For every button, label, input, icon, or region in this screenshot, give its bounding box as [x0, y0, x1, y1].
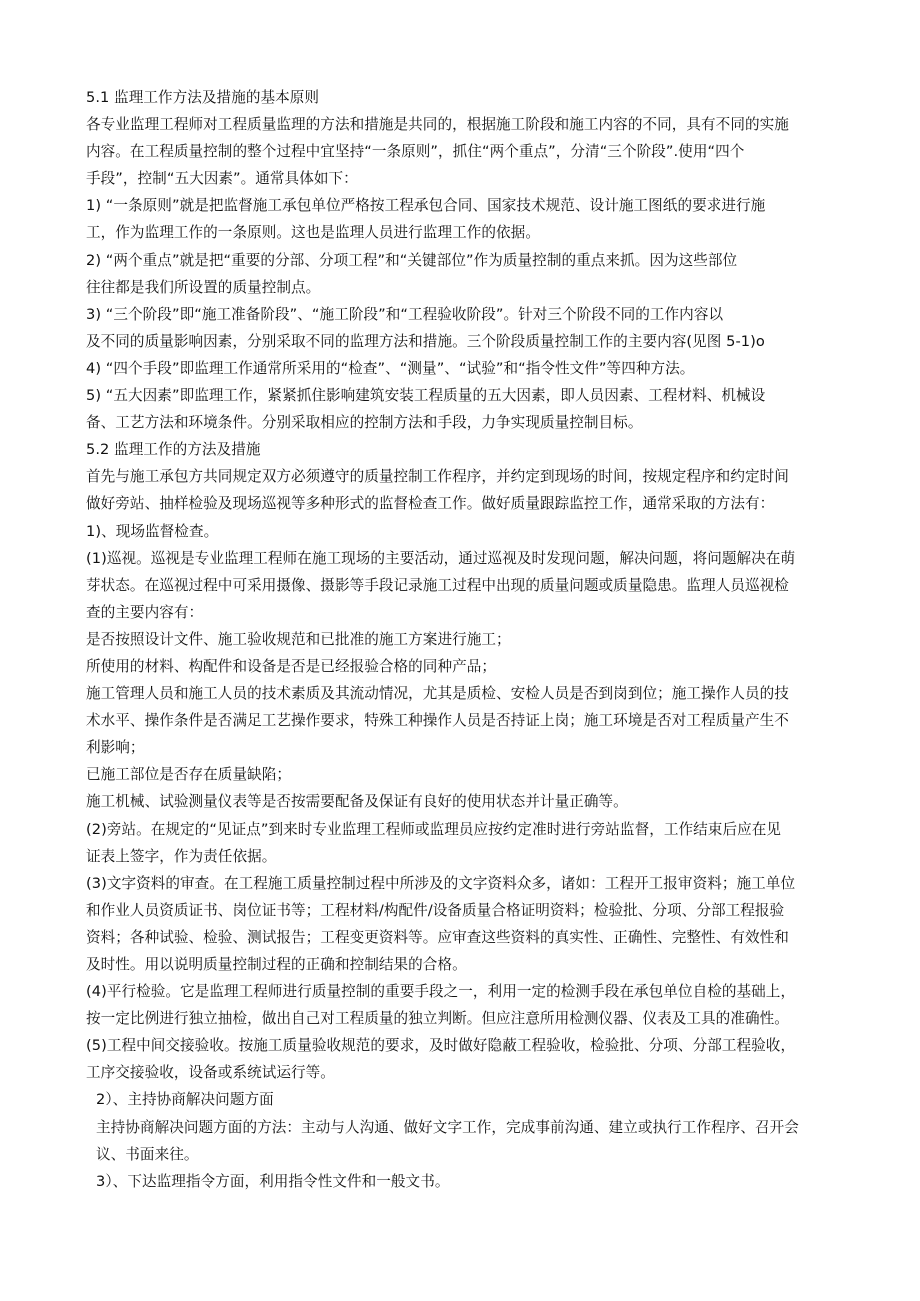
document-page: 5.1 监理工作方法及措施的基本原则 各专业监理工程师对工程质量监理的方法和措施… [86, 84, 838, 1195]
text-line: 芽状态。在巡视过程中可采用摄像、摄影等手段记录施工过程中出现的质量问题或质量隐患… [86, 572, 838, 599]
principle-item-2: 2) “两个重点”就是把“重要的分部、分项工程”和“关键部位”作为质量控制的重点… [86, 247, 838, 301]
subsection-title-site-inspection: 1)、现场监督检查。 [86, 518, 838, 545]
text-line: (4)平行检验。它是监理工程师进行质量控制的重要手段之一，利用一定的检测手段在承… [86, 978, 838, 1005]
text-line: 所使用的材料、构配件和设备是否是已经报验合格的同种产品； [86, 653, 838, 680]
text-line: 主持协商解决问题方面的方法：主动与人沟通、做好文字工作，完成事前沟通、建立或执行… [96, 1114, 838, 1141]
subsection-title-coordination: 2）、主持协商解决问题方面 [86, 1086, 838, 1113]
section-heading-5-2: 5.2 监理工作的方法及措施 [86, 436, 838, 463]
text-line: 手段”，控制“五大因素”。通常具体如下： [86, 165, 838, 192]
method-document-review: (3)文字资料的审查。在工程施工质量控制过程中所涉及的文字资料众多，诸如：工程开… [86, 870, 838, 978]
patrol-check-3: 施工管理人员和施工人员的技术素质及其流动情况，尤其是质检、安检人员是否到岗到位；… [86, 680, 838, 761]
text-line: 工序交接验收，设备或系统试运行等。 [86, 1059, 838, 1086]
subsection-title-instructions: 3）、下达监理指令方面，利用指令性文件和一般文书。 [86, 1168, 838, 1195]
method-handover-acceptance: (5)工程中间交接验收。按施工质量验收规范的要求，及时做好隐蔽工程验收，检验批、… [86, 1032, 838, 1086]
text-line: 议、书面来往。 [96, 1141, 838, 1168]
text-line: 施工机械、试验测量仪表等是否按需要配备及保证有良好的使用状态并计量正确等。 [86, 788, 838, 815]
text-line: 备、工艺方法和环境条件。分别采取相应的控制方法和手段，力争实现质量控制目标。 [86, 409, 838, 436]
method-parallel-inspection: (4)平行检验。它是监理工程师进行质量控制的重要手段之一，利用一定的检测手段在承… [86, 978, 838, 1032]
coordination-body: 主持协商解决问题方面的方法：主动与人沟通、做好文字工作，完成事前沟通、建立或执行… [86, 1114, 838, 1168]
text-line: 资料；各种试验、检验、测试报告；工程变更资料等。应审查这些资料的真实性、正确性、… [86, 924, 838, 951]
method-side-station: (2)旁站。在规定的“见证点”到来时专业监理工程师或监理员应按约定准时进行旁站监… [86, 816, 838, 870]
text-line: 3) “三个阶段”即“施工准备阶段”、“施工阶段”和“工程验收阶段”。针对三个阶… [86, 301, 838, 328]
text-line: 是否按照设计文件、施工验收规范和已批准的施工方案进行施工； [86, 626, 838, 653]
principle-item-5: 5) “五大因素”即监理工作，紧紧抓住影响建筑安装工程质量的五大因素，即人员因素… [86, 382, 838, 436]
text-line: 5) “五大因素”即监理工作，紧紧抓住影响建筑安装工程质量的五大因素，即人员因素… [86, 382, 838, 409]
text-line: 内容。在工程质量控制的整个过程中宜坚持“一条原则”，抓住“两个重点”，分清“三个… [86, 138, 838, 165]
text-line: (5)工程中间交接验收。按施工质量验收规范的要求，及时做好隐蔽工程验收，检验批、… [86, 1032, 838, 1059]
text-line: 和作业人员资质证书、岗位证书等；工程材料/构配件/设备质量合格证明资料；检验批、… [86, 897, 838, 924]
text-line: 工，作为监理工作的一条原则。这也是监理人员进行监理工作的依据。 [86, 219, 838, 246]
patrol-check-2: 所使用的材料、构配件和设备是否是已经报验合格的同种产品； [86, 653, 838, 680]
text-line: (2)旁站。在规定的“见证点”到来时专业监理工程师或监理员应按约定准时进行旁站监… [86, 816, 838, 843]
principle-item-1: 1) “一条原则”就是把监督施工承包单位严格按工程承包合同、国家技术规范、设计施… [86, 192, 838, 246]
principle-item-3: 3) “三个阶段”即“施工准备阶段”、“施工阶段”和“工程验收阶段”。针对三个阶… [86, 301, 838, 355]
text-line: 术水平、操作条件是否满足工艺操作要求，特殊工种操作人员是否持证上岗；施工环境是否… [86, 707, 838, 734]
text-line: 及不同的质量影响因素，分别采取不同的监理方法和措施。三个阶段质量控制工作的主要内… [86, 328, 838, 355]
section-heading-5-1: 5.1 监理工作方法及措施的基本原则 [86, 84, 838, 111]
text-line: 4) “四个手段”即监理工作通常所采用的“检查”、“测量”、“试验”和“指令性文… [86, 355, 838, 382]
text-line: 各专业监理工程师对工程质量监理的方法和措施是共同的，根据施工阶段和施工内容的不同… [86, 111, 838, 138]
section-5-2-intro: 首先与施工承包方共同规定双方必须遵守的质量控制工作程序，并约定到现场的时间，按规… [86, 463, 838, 517]
text-line: 证表上签字，作为责任依据。 [86, 843, 838, 870]
text-line: 利影响； [86, 734, 838, 761]
text-line: 1) “一条原则”就是把监督施工承包单位严格按工程承包合同、国家技术规范、设计施… [86, 192, 838, 219]
text-line: (1)巡视。巡视是专业监理工程师在施工现场的主要活动，通过巡视及时发现问题，解决… [86, 545, 838, 572]
patrol-check-5: 施工机械、试验测量仪表等是否按需要配备及保证有良好的使用状态并计量正确等。 [86, 788, 838, 815]
patrol-check-1: 是否按照设计文件、施工验收规范和已批准的施工方案进行施工； [86, 626, 838, 653]
text-line: 首先与施工承包方共同规定双方必须遵守的质量控制工作程序，并约定到现场的时间，按规… [86, 463, 838, 490]
text-line: 做好旁站、抽样检验及现场巡视等多种形式的监督检查工作。做好质量跟踪监控工作，通常… [86, 490, 838, 517]
text-line: 已施工部位是否存在质量缺陷； [86, 761, 838, 788]
method-patrol: (1)巡视。巡视是专业监理工程师在施工现场的主要活动，通过巡视及时发现问题，解决… [86, 545, 838, 626]
text-line: (3)文字资料的审查。在工程施工质量控制过程中所涉及的文字资料众多，诸如：工程开… [86, 870, 838, 897]
text-line: 施工管理人员和施工人员的技术素质及其流动情况，尤其是质检、安检人员是否到岗到位；… [86, 680, 838, 707]
text-line: 及时性。用以说明质量控制过程的正确和控制结果的合格。 [86, 951, 838, 978]
text-line: 查的主要内容有： [86, 599, 838, 626]
section-5-1-intro: 各专业监理工程师对工程质量监理的方法和措施是共同的，根据施工阶段和施工内容的不同… [86, 111, 838, 192]
text-line: 2) “两个重点”就是把“重要的分部、分项工程”和“关键部位”作为质量控制的重点… [86, 247, 838, 274]
patrol-check-4: 已施工部位是否存在质量缺陷； [86, 761, 838, 788]
text-line: 按一定比例进行独立抽检，做出自己对工程质量的独立判断。但应注意所用检测仪器、仪表… [86, 1005, 838, 1032]
text-line: 往往都是我们所设置的质量控制点。 [86, 274, 838, 301]
principle-item-4: 4) “四个手段”即监理工作通常所采用的“检查”、“测量”、“试验”和“指令性文… [86, 355, 838, 382]
